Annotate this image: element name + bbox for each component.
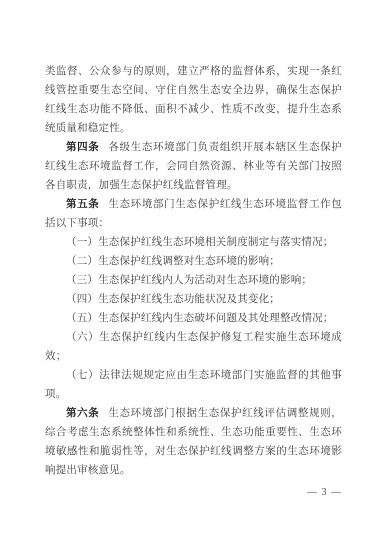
list-item-paragraph-6: （六）生态保护红线内生态保护修复工程实施生态环境成效； [45,328,342,366]
list-item-text: （七）法律法规规定应由生态环境部门实施监督的其他事项。 [45,370,342,400]
article-number-label: 第六条 [66,408,99,419]
list-item-paragraph-7: （七）法律法规规定应由生态环境部门实施监督的其他事项。 [45,366,342,404]
list-item-text: （六）生态保护红线内生态保护修复工程实施生态环境成效； [45,332,342,362]
page-number: — 3 — [45,486,342,500]
list-item-text: （二）生态保护红线调整对生态环境的影响； [66,256,280,267]
article-number-label: 第五条 [66,199,99,210]
list-item-text: （四）生态保护红线生态功能状况及其变化； [66,294,280,305]
article-paragraph-5: 第五条生态环境部门生态保护红线生态环境监督工作包括以下事项： [45,195,342,233]
list-item-text: （一）生态保护红线生态环境相关制度制定与落实情况； [66,237,334,248]
paragraph-continuation: 类监督、公众参与的原则，建立严格的监督体系，实现一条红线管控重要生态空间、守住自… [45,62,342,138]
list-item-paragraph-2: （二）生态保护红线调整对生态环境的影响； [45,252,342,271]
article-number-label: 第四条 [66,142,99,153]
paragraph-text: 类监督、公众参与的原则，建立严格的监督体系，实现一条红线管控重要生态空间、守住自… [45,66,342,134]
list-item-text: （三）生态保护红线内人为活动对生态环境的影响； [66,275,312,286]
list-item-paragraph-4: （四）生态保护红线生态功能状况及其变化； [45,290,342,309]
article-paragraph-6: 第六条生态环境部门根据生态保护红线评估调整规则，综合考虑生态系统整体性和系统性、… [45,404,342,480]
list-item-paragraph-3: （三）生态保护红线内人为活动对生态环境的影响； [45,271,342,290]
article-paragraph-4: 第四条各级生态环境部门负责组织开展本辖区生态保护红线生态环境监督工作，会同自然资… [45,138,342,195]
document-text-block: 类监督、公众参与的原则，建立严格的监督体系，实现一条红线管控重要生态空间、守住自… [45,62,342,500]
list-item-paragraph-5: （五）生态保护红线内生态破坏问题及其处理整改情况； [45,309,342,328]
list-item-paragraph-1: （一）生态保护红线生态环境相关制度制定与落实情况； [45,233,342,252]
list-item-text: （五）生态保护红线内生态破坏问题及其处理整改情况； [66,313,334,324]
document-page: 类监督、公众参与的原则，建立严格的监督体系，实现一条红线管控重要生态空间、守住自… [0,0,390,551]
